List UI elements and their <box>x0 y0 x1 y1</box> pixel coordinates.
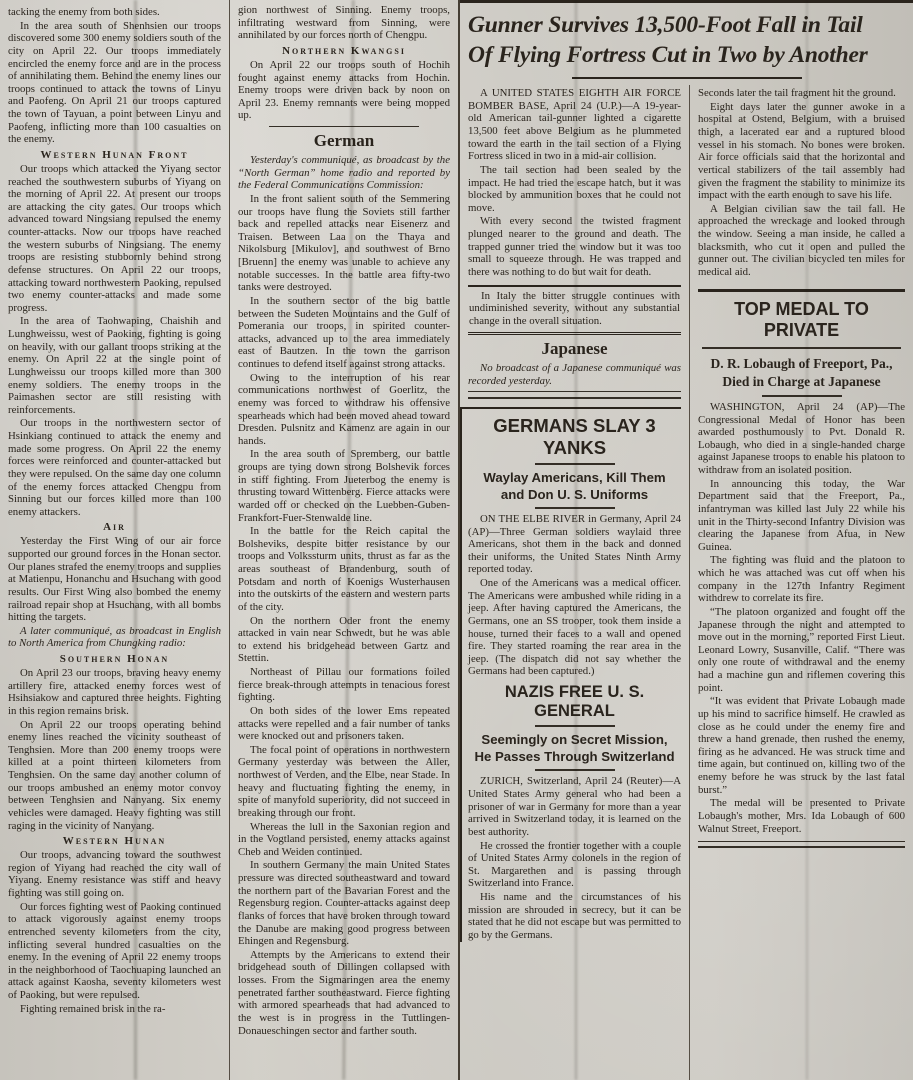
article-paragraph: A UNITED STATES EIGHTH AIR FORCE BOMBER … <box>468 87 681 163</box>
article-paragraph: In the area south of Spremberg, our batt… <box>238 448 450 524</box>
right-subcolumn-b: Seconds later the tail fragment hit the … <box>690 85 913 1080</box>
headline-line-2: Of Flying Fortress Cut in Two by Another <box>468 40 905 70</box>
article-paragraph: WASHINGTON, April 24 (AP)—The Congressio… <box>698 401 905 477</box>
article-paragraph: The focal point of operations in northwe… <box>238 744 450 820</box>
article-paragraph: Our forces fighting west of Paoking cont… <box>8 901 221 1002</box>
article-paragraph: Our troops in the northwestern sector of… <box>8 417 221 518</box>
divider-rule <box>698 841 905 848</box>
article-paragraph: In the southern sector of the big battle… <box>238 295 450 371</box>
germans-slay-article: GERMANS SLAY 3 YANKS Waylay Americans, K… <box>460 407 681 942</box>
article-paragraph: In announcing this today, the War Depart… <box>698 478 905 554</box>
section-header-japanese: Japanese <box>468 339 681 359</box>
article-paragraph: Owing to the interruption of his rear co… <box>238 372 450 448</box>
japanese-communique-note: No broadcast of a Japanese communiqué wa… <box>468 362 681 387</box>
article-paragraph: Northeast of Pillau our formations foile… <box>238 666 450 704</box>
subsection-header-western-hunan: Western Hunan <box>8 835 221 847</box>
editorial-note: Yesterday's communiqué, as broadcast by … <box>238 154 450 192</box>
article-paragraph: The tail section had been sealed by the … <box>468 164 681 215</box>
divider-rule <box>269 126 419 127</box>
gunner-article-headline: Gunner Survives 13,500-Foot Fall in Tail… <box>460 0 913 85</box>
article-paragraph: On April 22 our troops south of Hochih f… <box>238 59 450 122</box>
nazis-free-headline: NAZIS FREE U. S. GENERAL <box>468 683 681 721</box>
article-paragraph: gion northwest of Sinning. Enemy troops,… <box>238 4 450 42</box>
article-paragraph: “It was evident that Private Lobaugh mad… <box>698 695 905 796</box>
article-paragraph: On April 22 our troops operating behind … <box>8 719 221 833</box>
divider-rule <box>535 463 615 465</box>
top-medal-headline: TOP MEDAL TO PRIVATE <box>698 299 905 341</box>
subsection-header-western-hunan-front: Western Hunan Front <box>8 149 221 161</box>
column-chinese-communique: tacking the enemy from both sides. In th… <box>0 0 230 1080</box>
article-paragraph: In the front salient south of the Semmer… <box>238 193 450 294</box>
article-paragraph: On April 23 our troops, braving heavy en… <box>8 667 221 718</box>
subsection-header-northern-kwangsi: Northern Kwangsi <box>238 45 450 57</box>
article-paragraph: Our troops which attacked the Yiyang sec… <box>8 163 221 315</box>
divider-rule <box>535 507 615 509</box>
subsection-header-southern-honan: Southern Honan <box>8 653 221 665</box>
divider-rule <box>468 391 681 399</box>
article-paragraph: One of the Americans was a medical offic… <box>468 577 681 678</box>
article-paragraph: In the area of Taohwaping, Chaishih and … <box>8 315 221 416</box>
article-paragraph: A Belgian civilian saw the tail fall. He… <box>698 203 905 279</box>
article-paragraph: In the area south of Shenhsien our troop… <box>8 20 221 146</box>
divider-rule <box>702 347 901 349</box>
divider-rule <box>535 769 615 771</box>
nazis-free-subhead: Seemingly on Secret Mission, He Passes T… <box>474 731 675 765</box>
right-region: Gunner Survives 13,500-Foot Fall in Tail… <box>460 0 913 1080</box>
right-subcolumn-a: A UNITED STATES EIGHTH AIR FORCE BOMBER … <box>460 85 690 1080</box>
divider-rule <box>535 725 615 727</box>
divider-rule <box>572 77 802 79</box>
article-paragraph: Attempts by the Americans to extend thei… <box>238 949 450 1037</box>
article-paragraph: Seconds later the tail fragment hit the … <box>698 87 905 100</box>
italy-note-box: In Italy the bitter struggle continues w… <box>468 285 681 336</box>
headline-line-1: Gunner Survives 13,500-Foot Fall in Tail <box>468 10 905 40</box>
germans-slay-subhead: Waylay Americans, Kill Them and Don U. S… <box>474 469 675 503</box>
top-medal-subhead: D. R. Lobaugh of Freeport, Pa., Died in … <box>700 355 903 391</box>
article-paragraph: The fighting was fluid and the platoon t… <box>698 554 905 605</box>
article-paragraph: ON THE ELBE RIVER in Germany, April 24 (… <box>468 513 681 576</box>
article-paragraph: With every second the twisted fragment p… <box>468 215 681 278</box>
boxed-note: In Italy the bitter struggle continues w… <box>469 290 680 328</box>
newspaper-page: tacking the enemy from both sides. In th… <box>0 0 913 1080</box>
top-medal-article: TOP MEDAL TO PRIVATE D. R. Lobaugh of Fr… <box>698 289 905 849</box>
article-paragraph: The medal will be presented to Private L… <box>698 797 905 835</box>
article-paragraph: Fighting remained brisk in the ra- <box>8 1003 221 1016</box>
subsection-header-air: Air <box>8 521 221 533</box>
column-german-communique: gion northwest of Sinning. Enemy troops,… <box>230 0 460 1080</box>
article-paragraph: In the battle for the Reich capital the … <box>238 525 450 613</box>
article-paragraph: In southern Germany the main United Stat… <box>238 859 450 947</box>
article-paragraph: His name and the circumstances of his mi… <box>468 891 681 942</box>
article-paragraph: “The platoon organized and fought off th… <box>698 606 905 694</box>
article-paragraph: Whereas the lull in the Saxonian region … <box>238 821 450 859</box>
germans-slay-headline: GERMANS SLAY 3 YANKS <box>468 415 681 459</box>
article-paragraph: Yesterday the First Wing of our air forc… <box>8 535 221 623</box>
article-paragraph: Eight days later the gunner awoke in a h… <box>698 101 905 202</box>
article-paragraph: He crossed the frontier together with a … <box>468 840 681 891</box>
article-paragraph: ZURICH, Switzerland, April 24 (Reuter)—A… <box>468 775 681 838</box>
section-header-german: German <box>238 131 450 151</box>
article-paragraph: tacking the enemy from both sides. <box>8 6 221 19</box>
article-paragraph: On both sides of the lower Ems repeated … <box>238 705 450 743</box>
editorial-note: A later communiqué, as broadcast in Engl… <box>8 625 221 650</box>
article-paragraph: Our troops, advancing toward the southwe… <box>8 849 221 900</box>
divider-rule <box>762 395 842 397</box>
article-paragraph: On the northern Oder front the enemy att… <box>238 615 450 666</box>
